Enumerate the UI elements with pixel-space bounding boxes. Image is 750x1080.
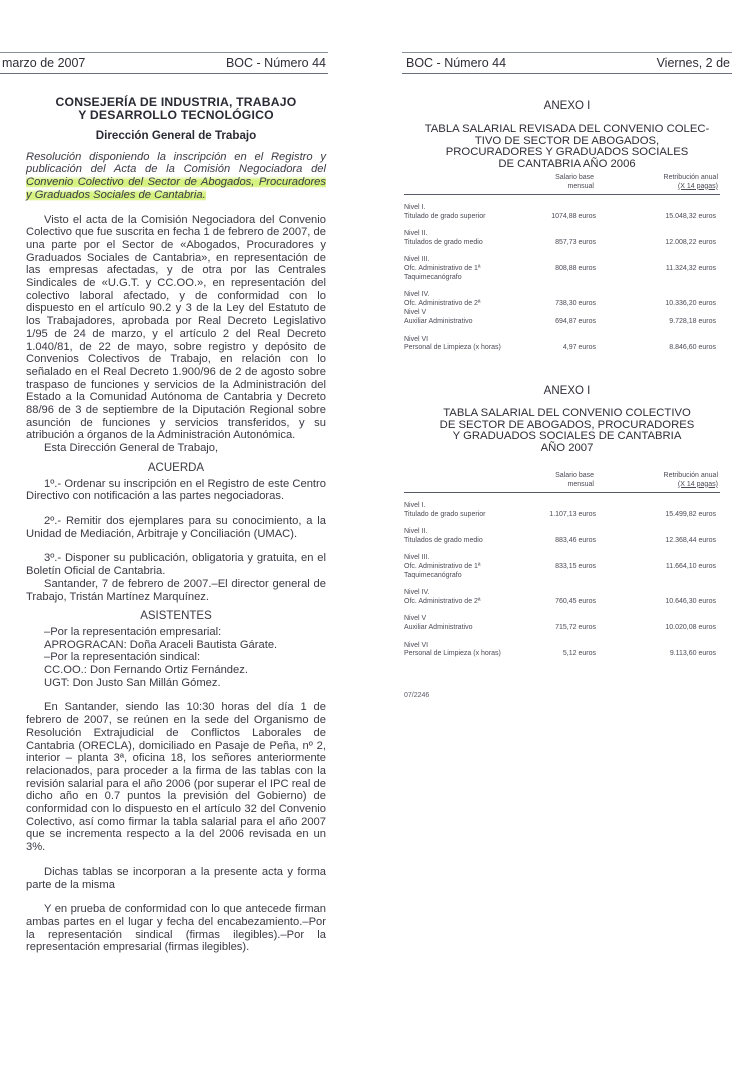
salary-table: Salario basemensualRetribución anual(X 1…	[404, 470, 720, 659]
table-row: Nivel VAuxiliar Administrativo715,72 eur…	[404, 615, 720, 632]
asistente-line: CC.OO.: Don Fernando Ortiz Fernández.	[44, 664, 326, 677]
left-column: CONSEJERÍA DE INDUSTRIA, TRABAJO Y DESAR…	[26, 96, 326, 954]
annex-heading: ANEXO I	[402, 385, 732, 397]
monthly-salary: 4,97 euros	[563, 344, 596, 353]
monthly-salary: 883,46 euros	[555, 537, 596, 546]
resolution-abstract: Resolución disponiendo la inscripción en…	[26, 151, 326, 202]
annual-salary: 12.008,22 euros	[665, 239, 716, 248]
table-title-line: DE CANTABRIA AÑO 2006	[402, 159, 732, 171]
department-line: Y DESARROLLO TECNOLÓGICO	[26, 109, 326, 122]
resolution-item: 1º.- Ordenar su inscripción en el Regist…	[26, 478, 326, 503]
resolution-item: 2º.- Remitir dos ejemplares para su cono…	[26, 515, 326, 540]
highlighted-text: Convenio Colectivo del Sector de Abogado…	[26, 176, 326, 201]
column-header: Retribución anual(X 14 pagas)	[664, 174, 718, 191]
acuerda-heading: ACUERDA	[26, 462, 326, 475]
annual-salary: 9.728,18 euros	[669, 318, 716, 327]
column-header: Salario basemensual	[555, 174, 594, 191]
annual-salary: 15.048,32 euros	[665, 213, 716, 222]
annual-salary: 12.368,44 euros	[665, 537, 716, 546]
table-title-line: TABLA SALARIAL DEL CONVENIO COLECTIVO	[402, 408, 732, 420]
salary-table: Salario basemensualRetribución anual(X 1…	[404, 172, 720, 353]
department-heading: CONSEJERÍA DE INDUSTRIA, TRABAJO Y DESAR…	[26, 96, 326, 122]
table-title-line: AÑO 2007	[402, 443, 732, 455]
asistentes-list: –Por la representación empresarial: APRO…	[26, 626, 326, 690]
monthly-salary: 5,12 euros	[563, 650, 596, 659]
row-label: Nivel II.Titulados de grado medio	[404, 528, 554, 545]
column-header: Salario basemensual	[555, 472, 594, 489]
annual-salary: 9.113,60 euros	[670, 650, 716, 659]
table-title: TABLA SALARIAL DEL CONVENIO COLECTIVODE …	[402, 408, 732, 454]
annual-salary: 10.336,20 euros	[665, 300, 716, 309]
row-label: Nivel IV.Ofc. Administrativo de 2ª	[404, 589, 554, 606]
table-row: Nivel I.Titulado de grado superior1.107,…	[404, 502, 720, 519]
meeting-paragraph: En Santander, siendo las 10:30 horas del…	[26, 701, 326, 853]
monthly-salary: 760,45 euros	[555, 598, 596, 607]
annex-heading: ANEXO I	[402, 100, 732, 112]
annual-salary: 11.324,32 euros	[666, 265, 716, 274]
asistente-line: –Por la representación sindical:	[44, 651, 326, 664]
annual-salary: 10.020,08 euros	[665, 624, 716, 633]
row-label: Nivel II.Titulados de grado medio	[404, 230, 554, 247]
table-row: Nivel VIPersonal de Limpieza (x horas)5,…	[404, 642, 720, 659]
table-row: Nivel IV.Ofc. Administrativo de 2ª738,30…	[404, 291, 720, 308]
column-header: Retribución anual(X 14 pagas)	[664, 472, 718, 489]
monthly-salary: 1.107,13 euros	[549, 511, 596, 520]
monthly-salary: 833,15 euros	[555, 563, 596, 572]
reference-code: 07/2246	[404, 692, 429, 699]
header-issue: BOC - Número 44	[226, 53, 326, 73]
abstract-text: Resolución disponiendo la inscripción en…	[26, 151, 326, 176]
monthly-salary: 715,72 euros	[555, 624, 596, 633]
row-label: Nivel VIPersonal de Limpieza (x horas)	[404, 642, 554, 659]
monthly-salary: 808,88 euros	[555, 265, 596, 274]
header-date: marzo de 2007	[2, 53, 85, 73]
closing-paragraph: Y en prueba de conformidad con lo que an…	[26, 903, 326, 954]
table-row: Nivel III.Ofc. Administrativo de 1ªTaqui…	[404, 256, 720, 282]
row-label: Nivel III.Ofc. Administrativo de 1ªTaqui…	[404, 554, 554, 580]
asistentes-heading: ASISTENTES	[26, 610, 326, 623]
row-label: Nivel I.Titulado de grado superior	[404, 502, 554, 519]
monthly-salary: 694,87 euros	[555, 318, 596, 327]
table-title: TABLA SALARIAL REVISADA DEL CONVENIO COL…	[402, 124, 732, 170]
asistente-line: APROGRACAN: Doña Araceli Bautista Gárate…	[44, 639, 326, 652]
annual-salary: 15.499,82 euros	[665, 511, 716, 520]
monthly-salary: 1074,88 euros	[551, 213, 596, 222]
row-label: Nivel III.Ofc. Administrativo de 1ªTaqui…	[404, 256, 554, 282]
body-authority: Esta Dirección General de Trabajo,	[26, 442, 326, 455]
monthly-salary: 857,73 euros	[555, 239, 596, 248]
running-head-left: marzo de 2007 BOC - Número 44	[0, 52, 328, 74]
body-intro: Visto el acta de la Comisión Negociadora…	[26, 214, 326, 443]
row-label: Nivel I.Titulado de grado superior	[404, 204, 554, 221]
incorporation-paragraph: Dichas tablas se incorporan a la present…	[26, 866, 326, 891]
table-row: Nivel VAuxiliar Administrativo694,87 eur…	[404, 309, 720, 326]
table-title-line: TABLA SALARIAL REVISADA DEL CONVENIO COL…	[402, 124, 732, 136]
monthly-salary: 738,30 euros	[555, 300, 596, 309]
annual-salary: 10.646,30 euros	[665, 598, 716, 607]
table-row: Nivel I.Titulado de grado superior1074,8…	[404, 204, 720, 221]
resolution-item: 3º.- Disponer su publicación, obligatori…	[26, 552, 326, 577]
table-row: Nivel IV.Ofc. Administrativo de 2ª760,45…	[404, 589, 720, 606]
row-label: Nivel VAuxiliar Administrativo	[404, 615, 554, 632]
annual-salary: 11.664,10 euros	[666, 563, 716, 572]
table-row: Nivel III.Ofc. Administrativo de 1ªTaqui…	[404, 554, 720, 580]
table-row: Nivel II.Titulados de grado medio857,73 …	[404, 230, 720, 247]
annual-salary: 8.846,60 euros	[669, 344, 716, 353]
table-row: Nivel II.Titulados de grado medio883,46 …	[404, 528, 720, 545]
asistente-line: –Por la representación empresarial:	[44, 626, 326, 639]
signature: Santander, 7 de febrero de 2007.–El dire…	[26, 578, 326, 603]
directorate-heading: Dirección General de Trabajo	[26, 130, 326, 143]
row-label: Nivel VAuxiliar Administrativo	[404, 309, 554, 326]
asistente-line: UGT: Don Justo San Millán Gómez.	[44, 677, 326, 690]
header-issue: BOC - Número 44	[406, 53, 506, 73]
table-row: Nivel VIPersonal de Limpieza (x horas)4,…	[404, 336, 720, 353]
table-header: Salario basemensualRetribución anual(X 1…	[404, 172, 720, 195]
row-label: Nivel VIPersonal de Limpieza (x horas)	[404, 336, 554, 353]
header-date: Viernes, 2 de	[657, 53, 730, 73]
running-head-right: BOC - Número 44 Viernes, 2 de	[402, 52, 732, 74]
row-label: Nivel IV.Ofc. Administrativo de 2ª	[404, 291, 554, 308]
table-header: Salario basemensualRetribución anual(X 1…	[404, 470, 720, 493]
